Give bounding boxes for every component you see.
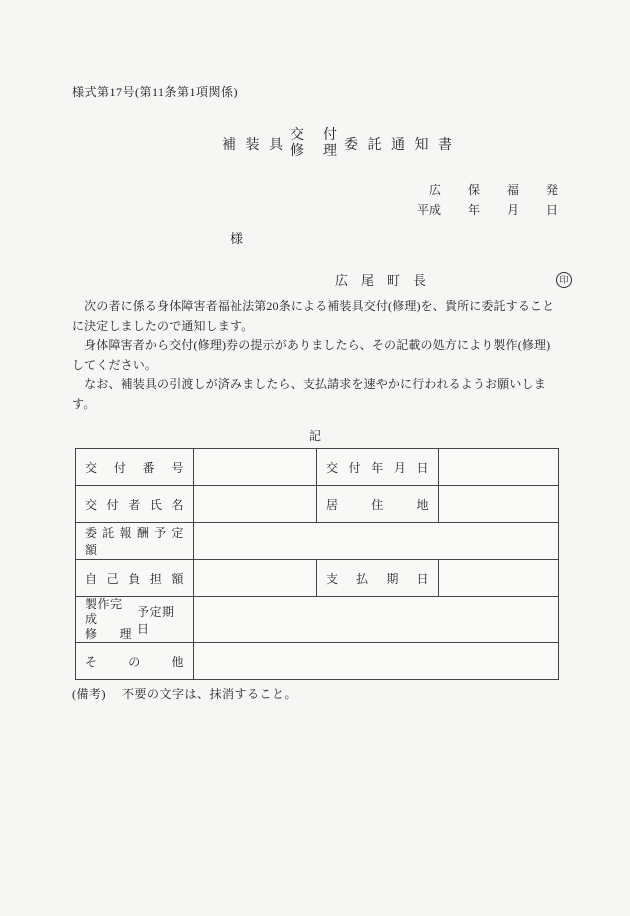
table-row: 自 己 負 担 額 支 払 期 日 bbox=[76, 560, 559, 597]
label-issue-number: 交 付 番 号 bbox=[76, 449, 194, 486]
title-alt-issue: 交 付 bbox=[290, 128, 337, 144]
remarks-note: (備考) 不要の文字は、抹消すること。 bbox=[72, 687, 558, 701]
table-row: 製作完成 修 理 予定期日 bbox=[76, 597, 559, 643]
label-issue-date: 交 付 年 月 日 bbox=[317, 449, 439, 486]
label-recipient-name: 交 付 者 氏 名 bbox=[76, 486, 194, 523]
field-other bbox=[194, 643, 559, 680]
document-page: 様式第17号(第11条第1項関係) 補 装 具 交 付 修 理 委 託 通 知 … bbox=[0, 0, 630, 916]
title-suffix: 委 託 通 知 書 bbox=[344, 134, 452, 154]
details-table: 交 付 番 号 交 付 年 月 日 交 付 者 氏 名 居 住 地 委 託 報 … bbox=[75, 448, 559, 680]
table-row: 交 付 者 氏 名 居 住 地 bbox=[76, 486, 559, 523]
label-other: そ の 他 bbox=[76, 643, 194, 680]
sender-title: 広 尾 町 長 bbox=[335, 270, 426, 289]
title-prefix: 補 装 具 bbox=[222, 134, 283, 154]
field-self-payment bbox=[194, 560, 317, 597]
date-line: 平成 年 月 日 bbox=[72, 200, 558, 220]
label-due-date-suffix: 予定期日 bbox=[137, 603, 184, 637]
record-heading: 記 bbox=[72, 430, 558, 442]
label-production-complete: 製作完成 bbox=[85, 597, 132, 627]
field-issue-number bbox=[194, 449, 317, 486]
label-completion-alt: 製作完成 修 理 bbox=[85, 597, 132, 642]
field-payment-date bbox=[439, 560, 559, 597]
field-planned-commission-fee bbox=[194, 523, 559, 560]
addressee-honorific: 様 bbox=[230, 232, 558, 246]
label-planned-commission-fee: 委 託 報 酬 予 定 額 bbox=[76, 523, 194, 560]
table-row: 交 付 番 号 交 付 年 月 日 bbox=[76, 449, 559, 486]
label-residence: 居 住 地 bbox=[317, 486, 439, 523]
sender-line: 広 尾 町 長 印 bbox=[72, 271, 558, 288]
label-payment-date: 支 払 期 日 bbox=[317, 560, 439, 597]
label-completion-due-date: 製作完成 修 理 予定期日 bbox=[76, 597, 194, 643]
table-row: そ の 他 bbox=[76, 643, 559, 680]
paragraph-notice: 次の者に係る身体障害者福祉法第20条による補装具交付(修理)を、貴所に委託するこ… bbox=[72, 297, 568, 336]
document-reference-block: 広 保 福 発 平成 年 月 日 bbox=[72, 180, 558, 220]
label-self-payment: 自 己 負 担 額 bbox=[76, 560, 194, 597]
field-recipient-name bbox=[194, 486, 317, 523]
form-number: 様式第17号(第11条第1項関係) bbox=[72, 86, 558, 98]
label-repair: 修 理 bbox=[85, 627, 132, 642]
table-row: 委 託 報 酬 予 定 額 bbox=[76, 523, 559, 560]
paragraph-payment-request: なお、補装具の引渡しが済みましたら、支払請求を速やかに行われるようお願いします。 bbox=[72, 375, 568, 414]
title-alt-repair: 修 理 bbox=[290, 144, 337, 160]
document-title: 補 装 具 交 付 修 理 委 託 通 知 書 bbox=[72, 128, 558, 160]
seal-icon: 印 bbox=[556, 272, 572, 288]
field-issue-date bbox=[439, 449, 559, 486]
field-completion-due-date bbox=[194, 597, 559, 643]
body-paragraphs: 次の者に係る身体障害者福祉法第20条による補装具交付(修理)を、貴所に委託するこ… bbox=[72, 297, 568, 414]
issue-number-line: 広 保 福 発 bbox=[72, 180, 558, 200]
paragraph-instruction: 身体障害者から交付(修理)券の提示がありましたら、その記載の処方により製作(修理… bbox=[72, 336, 568, 375]
title-alternative-words: 交 付 修 理 bbox=[290, 128, 337, 160]
field-residence bbox=[439, 486, 559, 523]
